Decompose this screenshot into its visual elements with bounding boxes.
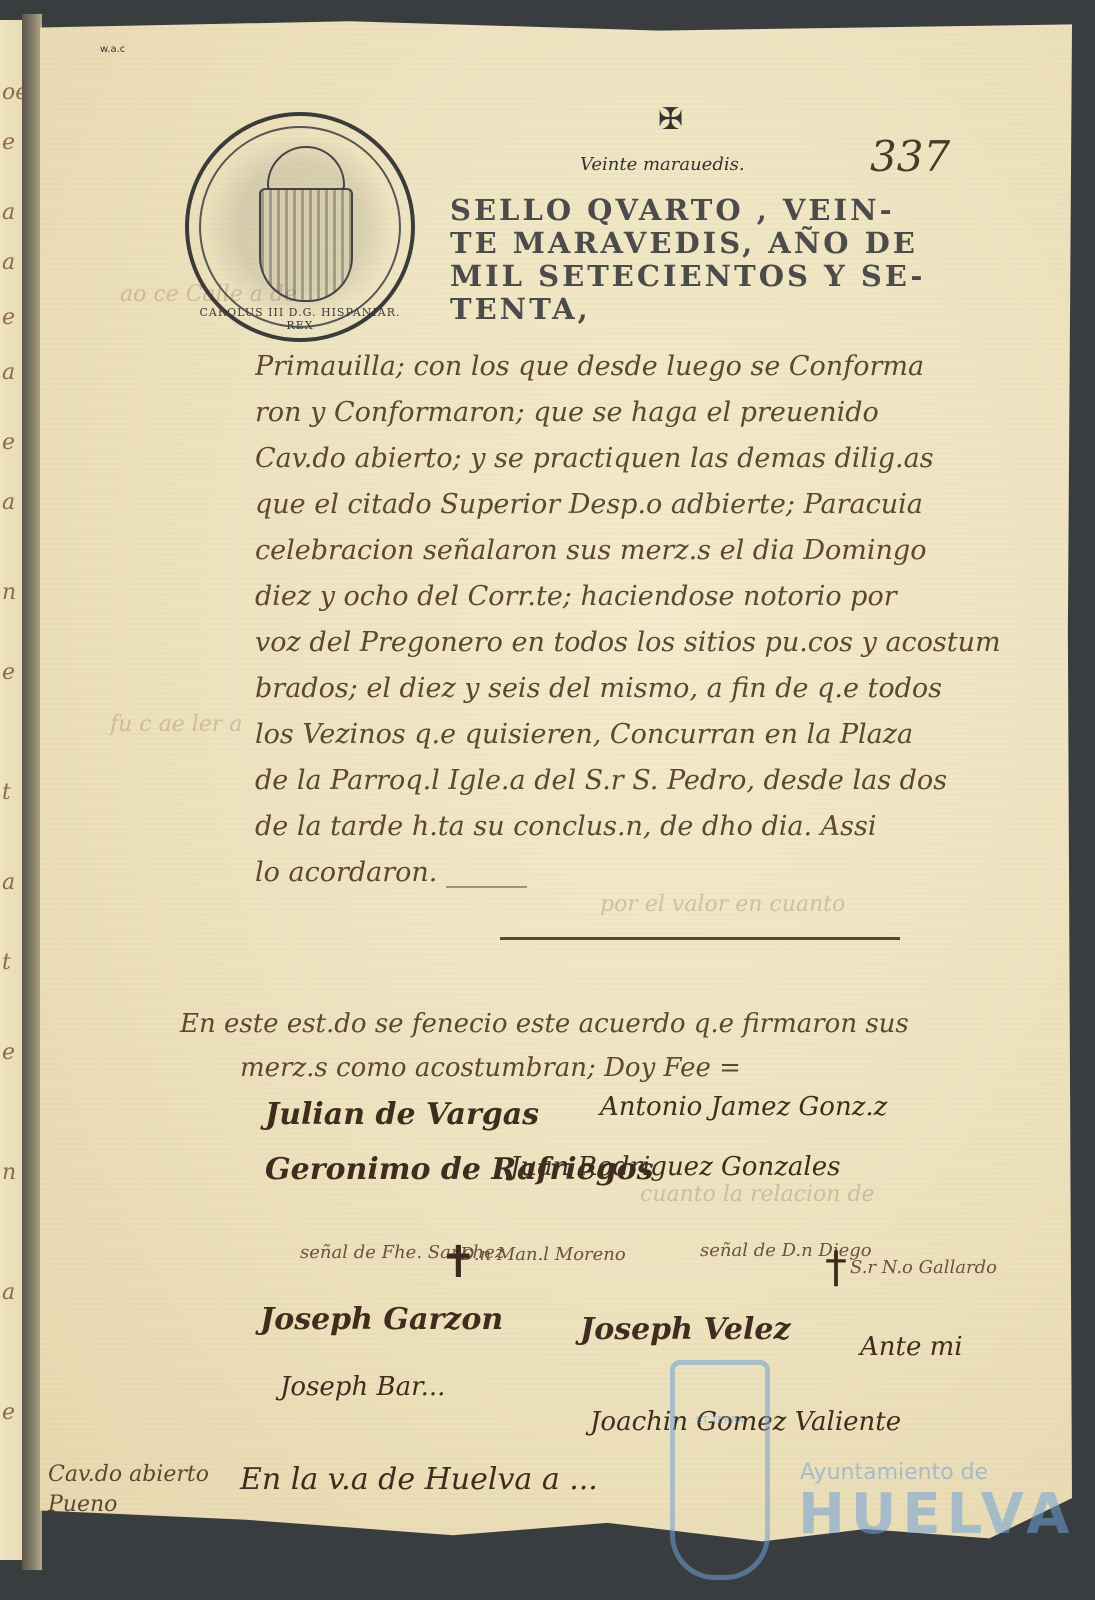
body-line: de la tarde h.ta su conclus.n, de dho di… [255,804,1035,850]
body-line: Cav.do abierto; y se practiquen las dema… [255,436,1035,482]
signature: Julian de Vargas [265,1097,539,1132]
adjacent-page-fragment: e [2,660,15,685]
bleed-through-text: por el valor en cuanto [600,892,845,917]
printed-stamp-header: SELLO QVARTO , VEIN- TE MARAVEDIS, AÑO D… [450,194,1040,326]
seal-ring [199,126,401,328]
coat-of-arms-icon [259,188,353,302]
body-line: ron y Conformaron; que se haga el preuen… [255,390,1035,436]
adjacent-page-fragment: e [2,130,15,155]
stamp-header-line: TE MARAVEDIS, AÑO DE [450,227,1040,260]
adjacent-page-fragment: e [2,1040,15,1065]
signature: Joseph Velez [580,1312,791,1347]
stamp-header-line: SELLO QVARTO , VEIN- [450,194,1040,227]
stamp-header-line: TENTA, [450,293,1040,326]
closing-rule [500,937,900,940]
adjacent-page-fragment: a [2,360,15,385]
body-line: de la Parroq.l Igle.a del S.r S. Pedro, … [255,758,1035,804]
adjacent-page-fragment: e [2,430,15,455]
body-line: diez y ocho del Corr.te; haciendose noto… [255,574,1035,620]
body-line: brados; el diez y seis del mismo, a fin … [255,666,1035,712]
manuscript-page: w.a.c ao ce Calle a de fu c ae ler a por… [40,12,1072,1560]
royal-seal-stamp: CAROLUS III D.G. HISPANIAR. REX [185,112,415,342]
adjacent-page-fragment: e [2,305,15,330]
adjacent-page-fragment: t [2,780,11,805]
bleed-through-text: ao ce Calle a de [120,282,297,307]
shield-text: ST TERRA [675,1415,765,1426]
closing-line: En este est.do se fenecio este acuerdo q… [180,1002,1040,1046]
watermark-line-2: HUELVA [798,1482,1075,1547]
adjacent-page-fragment: a [2,870,15,895]
closing-formula: En este est.do se fenecio este acuerdo q… [180,1002,1040,1090]
body-line: que el citado Superior Desp.o adbierte; … [255,482,1035,528]
adjacent-page-fragment: a [2,490,15,515]
adjacent-page-fragment: a [2,1280,15,1305]
place-line: En la v.a de Huelva a ... [240,1462,598,1497]
book-gutter-shadow [22,14,42,1570]
adjacent-page-fragment: e [2,1400,15,1425]
cross-signature-icon: ✝ [440,1237,477,1288]
signature: Juan Rodriguez Gonzales [510,1152,840,1182]
signature: Geronimo de Rafriegos [265,1152,654,1187]
body-line: celebracion señalaron sus merz.s el dia … [255,528,1035,574]
stamp-value-line: Veinte marauedis. [580,154,745,175]
corner-mark: w.a.c [100,44,125,55]
signature: Joseph Bar... [280,1372,445,1402]
body-line: lo acordaron. ______ [255,850,1035,896]
signature: Antonio Jamez Gonz.z [600,1092,887,1122]
cross-icon: ✠ [658,102,683,137]
body-line: Primauilla; con los que desde luego se C… [255,344,1035,390]
stamp-header-line: MIL SETECIENTOS Y SE- [450,260,1040,293]
notary-attestation: Ante mi [860,1332,963,1362]
folio-number: 337 [870,132,950,181]
adjacent-page-edge: oe e a a e a e a n e t a t e n a e [0,20,23,1560]
cross-signature-icon: † [825,1242,847,1293]
signature-mark-label: señal de Fhe. Sanchez [300,1242,504,1263]
closing-line: merz.s como acostumbran; Doy Fee = [180,1046,1040,1090]
adjacent-page-fragment: n [2,580,16,605]
signature-mark-note: D.n Man.l Moreno [460,1244,626,1265]
adjacent-page-fragment: n [2,1160,16,1185]
body-line: los Vezinos q.e quisieren, Concurran en … [255,712,1035,758]
margin-note: Cav.do abierto Pueno [48,1460,209,1520]
signature-mark-label: señal de D.n Diego [700,1240,872,1261]
signature: Joseph Garzon [260,1302,503,1337]
adjacent-page-fragment: a [2,250,15,275]
margin-note-line: Cav.do abierto [48,1460,209,1490]
crown-icon [267,146,345,190]
huelva-shield-icon: ST TERRA [670,1360,770,1580]
bleed-through-text: cuanto la relacion de [640,1182,875,1207]
bleed-through-text: fu c ae ler a [110,712,242,737]
adjacent-page-fragment: a [2,200,15,225]
manuscript-body: Primauilla; con los que desde luego se C… [255,344,1035,896]
seal-legend: CAROLUS III D.G. HISPANIAR. REX [189,306,411,332]
signature-mark-note: S.r N.o Gallardo [850,1257,997,1278]
adjacent-page-fragment: t [2,950,11,975]
body-line: voz del Pregonero en todos los sitios pu… [255,620,1035,666]
margin-note-line: Pueno [48,1490,209,1520]
